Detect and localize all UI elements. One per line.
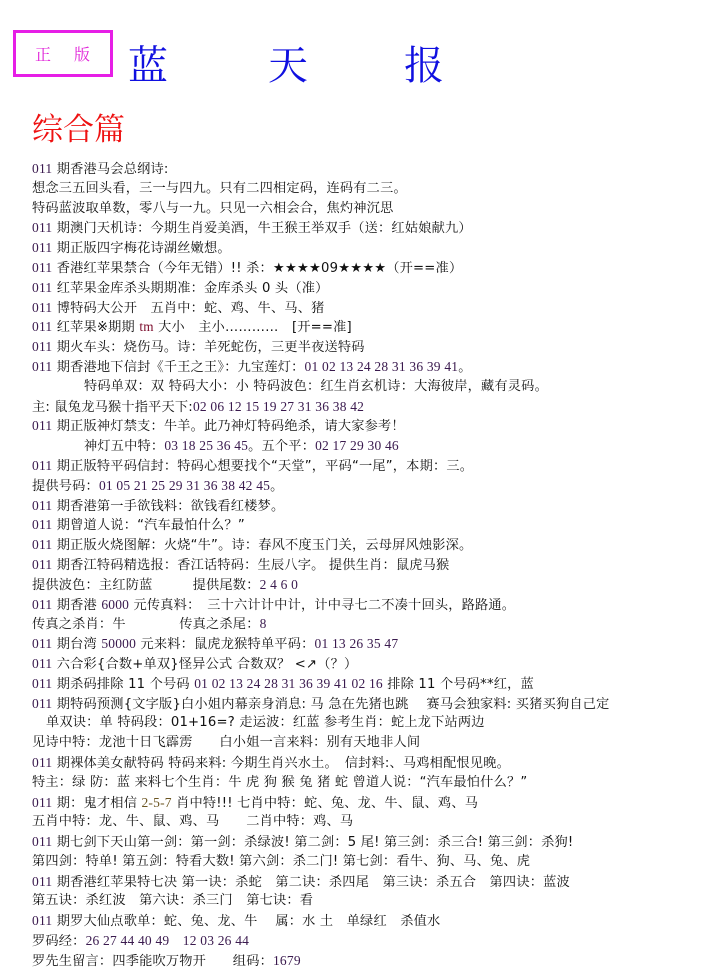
line-text: 期火车头：烧伤马。诗：羊死蛇伤，三更半夜送特码 <box>52 340 364 355</box>
issue-number: 011 <box>32 161 52 176</box>
text-line: 特码单双：双 特码大小：小 特码波色：红生肖玄机诗：大海彼岸，藏有灵码。 <box>32 377 721 397</box>
line-text: 肖中特!!! 七肖中特：蛇、兔、龙、牛、鼠、鸡、马 <box>172 796 478 811</box>
text-line: 011 六合彩{合数+单双}怪异公式 合数双？ <↗（？） <box>32 654 721 674</box>
text-line: 011 期香港马会总纲诗: <box>32 159 721 179</box>
line-text: 。 <box>458 360 471 375</box>
line-text: 第五诀：杀红波 第六诀：杀三门 第七诀：看 <box>32 893 313 908</box>
issue-number: 011 <box>32 636 52 651</box>
text-line: 011 期火车头：烧伤马。诗：羊死蛇伤，三更半夜送特码 <box>32 337 721 357</box>
line-text: 期香港马会总纲诗: <box>52 162 168 177</box>
line-text: 期香港 <box>52 598 101 613</box>
article-body: 011 期香港马会总纲诗:想念三五回头看，三一与四九。只有二四相定码，连码有二三… <box>32 159 721 971</box>
text-line: 提供号码：01 05 21 25 29 31 36 38 42 45。 <box>32 476 721 496</box>
issue-number: 011 <box>32 517 52 532</box>
text-line: 第四剑：特单! 第五剑：特看大数! 第六剑：杀二门! 第七剑：看牛、狗、马、兔、… <box>32 852 721 872</box>
text-line: 见诗中特：龙池十日飞霹雳 白小姐一言来料：别有天地非人间 <box>32 733 721 753</box>
number-list: 1679 <box>273 953 301 968</box>
line-text: 期裸体美女献特码 特码来料: 今期生肖兴水土。 信封料:、马鸡相配恨见晚。 <box>52 756 510 771</box>
text-line: 011 香港红苹果禁合（今年无错）!! 杀：★★★★09★★★★（开==准） <box>32 258 721 278</box>
line-text: 红苹果金库杀头期期准：金库杀头 0 头（准） <box>52 281 328 296</box>
number-list: 8 <box>260 616 267 631</box>
issue-number: 011 <box>32 755 52 770</box>
text-line: 011 期杀码排除 11 个号码 01 02 13 24 28 31 36 39… <box>32 674 721 694</box>
text-line: 011 期正版特平码信封：特码心想要找个“天堂”，平码“一尾”，本期：三。 <box>32 456 721 476</box>
line-text: 期香港第一手欲钱料：欲钱看红楼梦。 <box>52 499 284 514</box>
number-list: 02 17 29 30 46 <box>315 438 399 453</box>
line-text: 第四剑：特单! 第五剑：特看大数! 第六剑：杀二门! 第七剑：看牛、狗、马、兔、… <box>32 854 530 869</box>
issue-number: 011 <box>32 300 52 315</box>
line-text: 期香江特码精选报：香江话特码：生辰八字。 提供生肖：鼠虎马猴 <box>52 558 449 573</box>
text-line: 011 期香港地下信封《千王之王》：九宝莲灯：01 02 13 24 28 31… <box>32 357 721 377</box>
masthead-char-3: 报 <box>404 42 444 90</box>
line-text: 期正版火烧图解：火烧“牛”。诗：春风不度玉门关，云母屏风烛影深。 <box>52 538 472 553</box>
text-line: 011 期七剑下天山第一剑：第一剑：杀绿波! 第二剑：5 尾! 第三剑：杀三合!… <box>32 832 721 852</box>
issue-number: 011 <box>32 676 52 691</box>
number-list: 50000 <box>101 636 136 651</box>
line-text: 期澳门天机诗：今期生肖爱美酒，牛王猴王举双手（送：红姑娘献九） <box>52 221 471 236</box>
issue-number: 011 <box>32 359 52 374</box>
number-list: 02 06 12 15 19 27 31 36 38 42 <box>193 399 364 414</box>
line-text: 红苹果※期期 <box>52 320 139 335</box>
line-text: 博特码大公开 五肖中：蛇、鸡、牛、马、猪 <box>52 301 324 316</box>
line-text: 罗码经： <box>32 934 86 949</box>
line-text: 期杀码排除 11 个号码 <box>52 677 194 692</box>
line-text: 期台湾 <box>52 637 101 652</box>
number-list: 6000 <box>101 597 129 612</box>
text-line: 011 期特码预测{文字版}白小姐内幕亲身消息: 马 急在先猪也跳 赛马会独家料… <box>32 694 721 714</box>
line-text: 大小 主小………… [开==准] <box>154 320 352 335</box>
number-list: 01 13 26 35 47 <box>315 636 399 651</box>
issue-number: 011 <box>32 696 52 711</box>
line-text: 。 <box>270 479 283 494</box>
text-line: 011 期正版四字梅花诗湖丝嫩想。 <box>32 238 721 258</box>
line-text: 单双诀：单 特码段：01+16=? 走运波：红蓝 参考生肖：蛇上龙下站两边 <box>46 715 485 730</box>
text-line: 提供波色：主红防蓝 提供尾数：2 4 6 0 <box>32 575 721 595</box>
text-line: 011 期正版火烧图解：火烧“牛”。诗：春风不度玉门关，云母屏风烛影深。 <box>32 535 721 555</box>
line-text: 特主：绿 防：蓝 来料七个生肖：牛 虎 狗 猴 兔 猪 蛇 曾道人说：“汽车最怕… <box>32 775 527 790</box>
text-line: 主: 鼠兔龙马猴十指平天下:02 06 12 15 19 27 31 36 38… <box>32 397 721 417</box>
issue-number: 011 <box>32 319 52 334</box>
text-line: 罗码经：26 27 44 40 49 12 03 26 44 <box>32 931 721 951</box>
text-line: 想念三五回头看，三一与四九。只有二四相定码，连码有二三。 <box>32 179 721 199</box>
line-text: 期正版神灯禁支：牛羊。此乃神灯特码绝杀，请大家参考！ <box>52 419 404 434</box>
text-line: 011 期香港第一手欲钱料：欲钱看红楼梦。 <box>32 496 721 516</box>
text-line: 011 期：鬼才相信 2-5-7 肖中特!!! 七肖中特：蛇、兔、龙、牛、鼠、鸡… <box>32 793 721 813</box>
text-line: 011 期曾道人说：“汽车最怕什么？” <box>32 515 721 535</box>
line-text: 元传真料： 三十六计计中计，计中寻七二不凑十回头，路路通。 <box>129 598 515 613</box>
line-text: 期曾道人说：“汽车最怕什么？” <box>52 518 245 533</box>
text-line: 011 期罗大仙点歌单：蛇、兔、龙、牛 属：水 土 单绿红 杀值水 <box>32 911 721 931</box>
issue-number: 011 <box>32 498 52 513</box>
line-text: 香港红苹果禁合（今年无错）!! 杀：★★★★09★★★★（开==准） <box>52 261 462 276</box>
issue-number: 011 <box>32 656 52 671</box>
issue-number: 011 <box>32 339 52 354</box>
line-text: 六合彩{合数+单双}怪异公式 合数双？ <↗（？） <box>52 657 357 672</box>
issue-number: 011 <box>32 834 52 849</box>
line-text: 期：鬼才相信 <box>52 796 141 811</box>
number-list: 01 02 13 24 28 31 36 39 41 <box>305 359 459 374</box>
line-text: 期特码预测{文字版}白小姐内幕亲身消息: 马 急在先猪也跳 赛马会独家料: 买猪… <box>52 697 609 712</box>
number-list: 2 4 6 0 <box>260 577 299 592</box>
text-line: 单双诀：单 特码段：01+16=? 走运波：红蓝 参考生肖：蛇上龙下站两边 <box>32 713 721 733</box>
line-text: 期罗大仙点歌单：蛇、兔、龙、牛 属：水 土 单绿红 杀值水 <box>52 914 440 929</box>
text-line: 特主：绿 防：蓝 来料七个生肖：牛 虎 狗 猴 兔 猪 蛇 曾道人说：“汽车最怕… <box>32 773 721 793</box>
number-list: 12 03 26 44 <box>183 933 249 948</box>
line-text: 神灯五中特： <box>84 439 164 454</box>
line-text: 排除 11 个号码**红，蓝 <box>383 677 534 692</box>
issue-number: 011 <box>32 557 52 572</box>
number-list: 01 05 21 25 29 31 36 38 42 45 <box>99 478 270 493</box>
issue-number: 011 <box>32 874 52 889</box>
line-text: 提供波色：主红防蓝 提供尾数： <box>32 578 260 593</box>
issue-number: 011 <box>32 795 52 810</box>
issue-number: 011 <box>32 597 52 612</box>
authentic-edition-badge: 正 版 <box>13 30 113 77</box>
line-text: 期七剑下天山第一剑：第一剑：杀绿波! 第二剑：5 尾! 第三剑：杀三合! 第三剑… <box>52 835 573 850</box>
line-text: 期正版特平码信封：特码心想要找个“天堂”，平码“一尾”，本期：三。 <box>52 459 473 474</box>
issue-number: 011 <box>32 537 52 552</box>
line-text: 罗先生留言：四季能吹万物开 组码： <box>32 954 273 969</box>
text-line: 011 红苹果※期期 tm 大小 主小………… [开==准] <box>32 317 721 337</box>
text-line: 011 期裸体美女献特码 特码来料: 今期生肖兴水土。 信封料:、马鸡相配恨见晚… <box>32 753 721 773</box>
line-text: 。五个平： <box>248 439 315 454</box>
text-line: 011 期台湾 50000 元来料：鼠虎龙猴特单平码：01 13 26 35 4… <box>32 634 721 654</box>
issue-number: 011 <box>32 913 52 928</box>
line-text: 元来料：鼠虎龙猴特单平码： <box>136 637 314 652</box>
line-text: 五肖中特：龙、牛、鼠、鸡、马 二肖中特：鸡、马 <box>32 814 353 829</box>
badge-char-2: 版 <box>74 42 90 65</box>
badge-char-1: 正 <box>35 42 51 65</box>
issue-number: 011 <box>32 240 52 255</box>
line-text: 提供号码： <box>32 479 99 494</box>
text-line: 传真之杀肖：牛 传真之杀尾：8 <box>32 614 721 634</box>
text-line: 特码蓝波取单数，零八与一九。只见一六相会合，焦灼神沉思 <box>32 199 721 219</box>
text-line: 011 红苹果金库杀头期期准：金库杀头 0 头（准） <box>32 278 721 298</box>
masthead-char-1: 蓝 <box>128 42 168 90</box>
line-text <box>169 934 182 949</box>
text-line: 011 期香港 6000 元传真料： 三十六计计中计，计中寻七二不凑十回头，路路… <box>32 595 721 615</box>
line-text: 期香港红苹果特七决 第一诀：杀蛇 第二诀：杀四尾 第三诀：杀五合 第四诀：蓝波 <box>52 875 570 890</box>
tm-label: tm <box>139 319 153 334</box>
issue-number: 011 <box>32 418 52 433</box>
highlight-numbers: 2-5-7 <box>141 795 171 810</box>
text-line: 五肖中特：龙、牛、鼠、鸡、马 二肖中特：鸡、马 <box>32 812 721 832</box>
number-list: 01 02 13 24 28 31 36 39 41 02 16 <box>194 676 383 691</box>
line-text: 主: 鼠兔龙马猴十指平天下: <box>32 400 193 415</box>
text-line: 011 期香江特码精选报：香江话特码：生辰八字。 提供生肖：鼠虎马猴 <box>32 555 721 575</box>
text-line: 011 博特码大公开 五肖中：蛇、鸡、牛、马、猪 <box>32 298 721 318</box>
text-line: 神灯五中特：03 18 25 36 45。五个平：02 17 29 30 46 <box>32 436 721 456</box>
line-text: 见诗中特：龙池十日飞霹雳 白小姐一言来料：别有天地非人间 <box>32 735 420 750</box>
issue-number: 011 <box>32 260 52 275</box>
text-line: 罗先生留言：四季能吹万物开 组码：1679 <box>32 951 721 971</box>
number-list: 03 18 25 36 45 <box>164 438 248 453</box>
line-text: 期正版四字梅花诗湖丝嫩想。 <box>52 241 230 256</box>
number-list: 26 27 44 40 49 <box>86 933 170 948</box>
line-text: 特码蓝波取单数，零八与一九。只见一六相会合，焦灼神沉思 <box>32 201 393 216</box>
line-text: 想念三五回头看，三一与四九。只有二四相定码，连码有二三。 <box>32 181 407 196</box>
text-line: 011 期香港红苹果特七决 第一诀：杀蛇 第二诀：杀四尾 第三诀：杀五合 第四诀… <box>32 872 721 892</box>
line-text: 期香港地下信封《千王之王》：九宝莲灯： <box>52 360 304 375</box>
masthead-char-2: 天 <box>268 42 308 90</box>
section-title: 综合篇 <box>32 110 125 150</box>
line-text: 特码单双：双 特码大小：小 特码波色：红生肖玄机诗：大海彼岸，藏有灵码。 <box>84 379 548 394</box>
line-text: 传真之杀肖：牛 传真之杀尾： <box>32 617 260 632</box>
issue-number: 011 <box>32 280 52 295</box>
text-line: 011 期正版神灯禁支：牛羊。此乃神灯特码绝杀，请大家参考！ <box>32 416 721 436</box>
text-line: 第五诀：杀红波 第六诀：杀三门 第七诀：看 <box>32 891 721 911</box>
issue-number: 011 <box>32 220 52 235</box>
text-line: 011 期澳门天机诗：今期生肖爱美酒，牛王猴王举双手（送：红姑娘献九） <box>32 218 721 238</box>
issue-number: 011 <box>32 458 52 473</box>
